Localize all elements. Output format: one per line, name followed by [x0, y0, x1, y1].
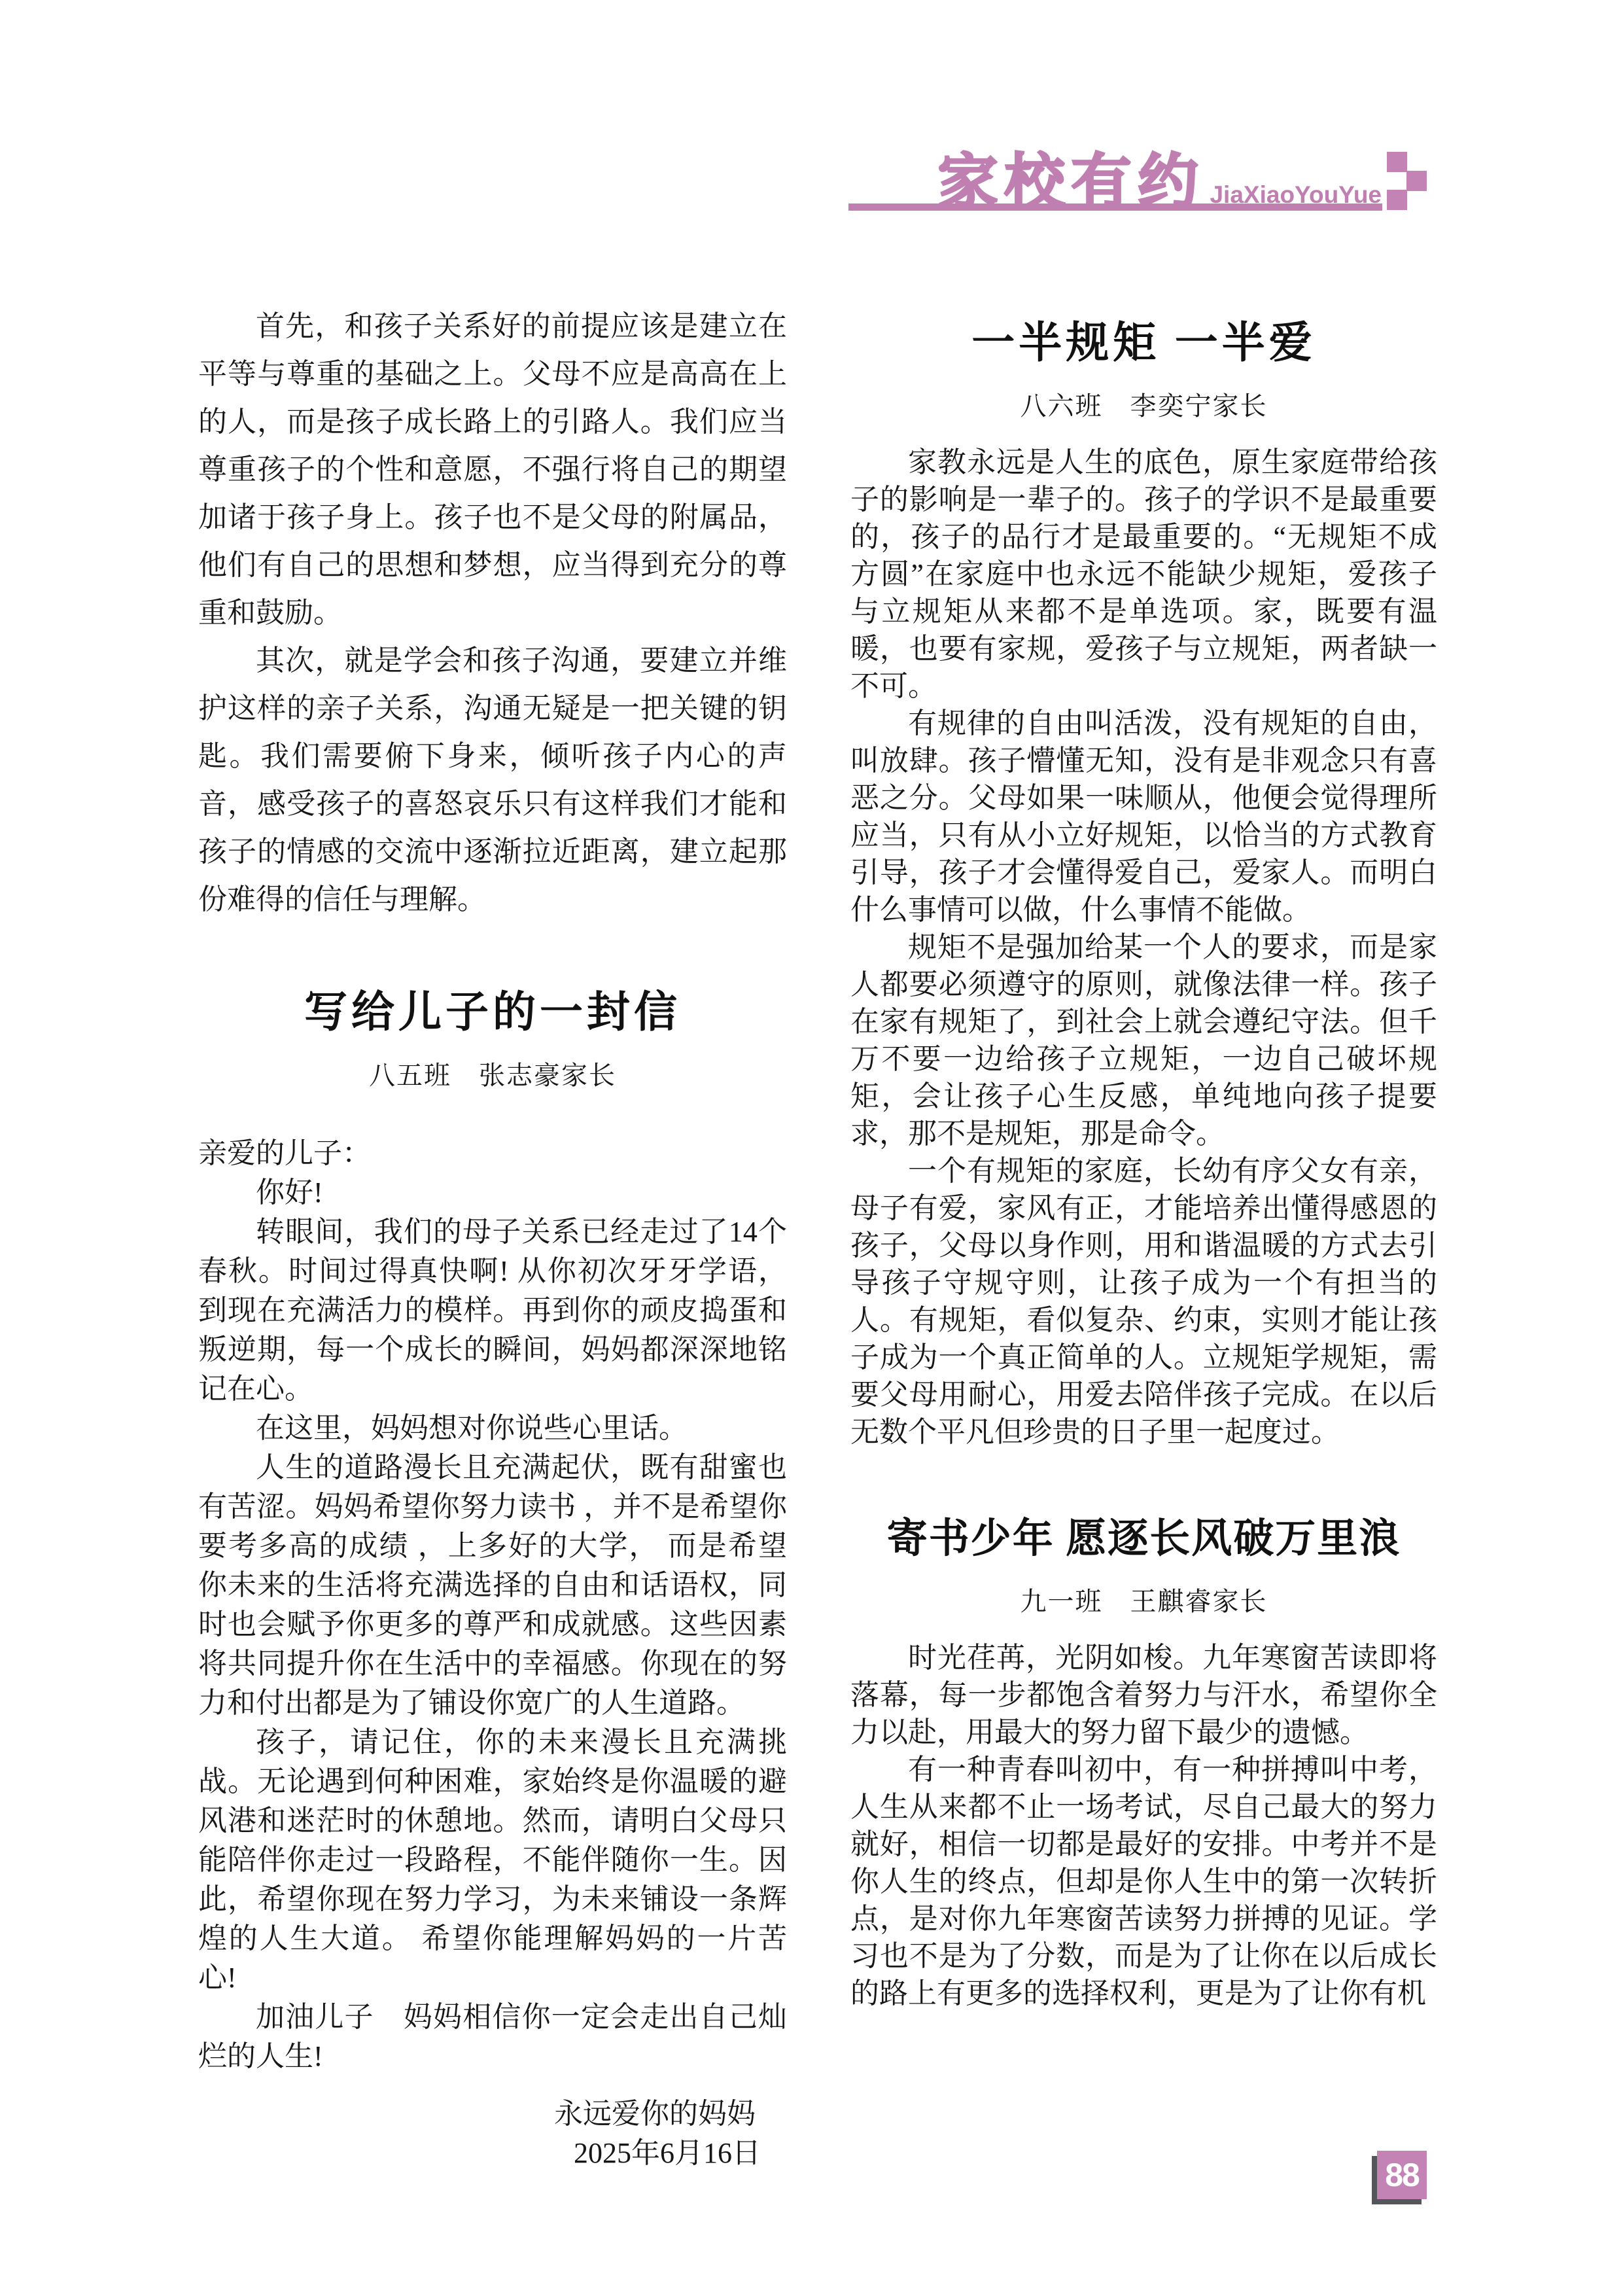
letter-article-byline: 八五班 张志豪家长: [198, 1058, 787, 1093]
paragraph: 规矩不是强加给某一个人的要求，而是家人都要必须遵守的原则，就像法律一样。孩子在家…: [850, 928, 1437, 1152]
letter-paragraphs: 你好!转眼间，我们的母子关系已经走过了14个春秋。时间过得真快啊! 从你初次牙牙…: [198, 1173, 787, 2076]
magazine-page: 家校有约JiaXiaoYouYue 首先，和孩子关系好的前提应该是建立在平等与尊…: [0, 0, 1623, 2296]
paragraph: 时光荏苒，光阴如梭。九年寒窗苦读即将落幕，每一步都饱含着努力与汗水，希望你全力以…: [850, 1639, 1437, 1751]
paragraph: 孩子，请记住，你的未来漫长且充满挑战。无论遇到何种困难，家始终是你温暖的避风港和…: [198, 1723, 787, 1998]
letter-article-title: 写给儿子的一封信: [198, 985, 787, 1041]
rules-article-paragraphs: 家教永远是人生的底色，原生家庭带给孩子的影响是一辈子的。孩子的学识不是最重要的，…: [850, 444, 1437, 1451]
paragraph: 家教永远是人生的底色，原生家庭带给孩子的影响是一辈子的。孩子的学识不是最重要的，…: [850, 444, 1437, 705]
paragraph: 人生的道路漫长且充满起伏，既有甜蜜也有苦涩。妈妈希望你努力读书 ，并不是希望你要…: [198, 1448, 787, 1723]
decor-square-middle: [1406, 171, 1427, 191]
page-number: 88: [1385, 2156, 1419, 2194]
paragraph: 一个有规矩的家庭，长幼有序父女有亲，母子有爱，家风有正，才能培养出懂得感恩的孩子…: [850, 1152, 1437, 1451]
intro-paragraphs: 首先，和孩子关系好的前提应该是建立在平等与尊重的基础之上。父母不应是高高在上的人…: [198, 302, 787, 923]
paragraph: 你好!: [198, 1173, 787, 1212]
rules-article-byline: 八六班 李奕宁家长: [850, 389, 1437, 424]
paragraph: 有一种青春叫初中，有一种拼搏叫中考，人生从来都不止一场考试，尽自己最大的努力就好…: [850, 1751, 1437, 2012]
paragraph: 首先，和孩子关系好的前提应该是建立在平等与尊重的基础之上。父母不应是高高在上的人…: [198, 302, 787, 637]
wishes-article-byline: 九一班 王麒睿家长: [850, 1584, 1437, 1619]
paragraph: 转眼间，我们的母子关系已经走过了14个春秋。时间过得真快啊! 从你初次牙牙学语，…: [198, 1212, 787, 1409]
wishes-article-title: 寄书少年 愿逐长风破万里浪: [850, 1511, 1437, 1567]
letter-signature-date: 2025年6月16日: [198, 2134, 787, 2173]
right-column: 一半规矩 一半爱 八六班 李奕宁家长 家教永远是人生的底色，原生家庭带给孩子的影…: [850, 302, 1437, 2012]
left-column: 首先，和孩子关系好的前提应该是建立在平等与尊重的基础之上。父母不应是高高在上的人…: [198, 302, 787, 2173]
wishes-article-paragraphs: 时光荏苒，光阴如梭。九年寒窗苦读即将落幕，每一步都饱含着努力与汗水，希望你全力以…: [850, 1639, 1437, 2012]
letter-signature: 永远爱你的妈妈: [198, 2094, 787, 2134]
decor-square-top: [1387, 152, 1407, 172]
letter-body: 亲爱的儿子： 你好!转眼间，我们的母子关系已经走过了14个春秋。时间过得真快啊!…: [198, 1134, 787, 2173]
paragraph: 其次，就是学会和孩子沟通，要建立并维护这样的亲子关系，沟通无疑是一把关键的钥匙。…: [198, 637, 787, 923]
decor-square-bottom: [1387, 190, 1407, 210]
page-number-badge: 88: [1377, 2151, 1427, 2199]
decor-squares-icon: [1387, 152, 1427, 209]
letter-salutation: 亲爱的儿子：: [198, 1134, 787, 1173]
paragraph: 有规律的自由叫活泼，没有规矩的自由，叫放肆。孩子懵懂无知，没有是非观念只有喜恶之…: [850, 705, 1437, 928]
rules-article-title: 一半规矩 一半爱: [850, 315, 1437, 372]
paragraph: 在这里，妈妈想对你说些心里话。: [198, 1409, 787, 1448]
paragraph: 加油儿子 妈妈相信你一定会走出自己灿烂的人生!: [198, 1998, 787, 2076]
header-rule: [848, 203, 1382, 211]
